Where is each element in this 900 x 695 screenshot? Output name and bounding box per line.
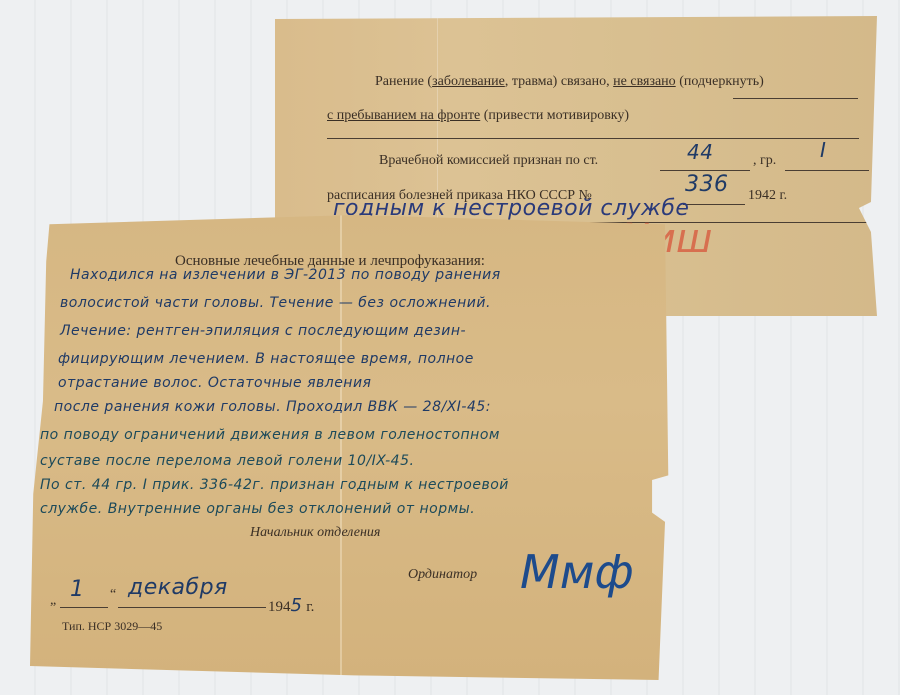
underlined-front-stay: с пребыванием на фронте	[327, 108, 480, 123]
blank-line	[327, 138, 859, 139]
print-code: Тип. НСР 3029—45	[62, 619, 162, 634]
handwritten-line: по поводу ограничений движения в левом г…	[40, 427, 500, 443]
handwritten-line: отрастание волос. Остаточные явления	[58, 375, 371, 391]
group-blank	[785, 170, 869, 171]
article-blank	[660, 170, 750, 171]
head-of-department-label: Начальник отделения	[250, 525, 380, 541]
date-month: декабря	[128, 575, 228, 600]
article-value: 44	[687, 140, 713, 164]
order-year: 1942 г.	[748, 188, 787, 204]
ordinator-signature: Ммф	[520, 545, 634, 599]
handwritten-line: службе. Внутренние органы без отклонений…	[40, 501, 475, 517]
underlined-not-related: не связано	[613, 74, 676, 89]
front-sheet: Основные лечебные данные и лечпрофуказан…	[30, 215, 678, 680]
handwritten-line: Находился на излечении в ЭГ-2013 по пово…	[70, 267, 501, 283]
month-blank	[118, 607, 266, 608]
blank-line	[733, 98, 858, 99]
handwritten-line: фицирующим лечением. В настоящее время, …	[58, 351, 474, 367]
commission-label: Врачебной комиссией признан по ст.	[379, 153, 598, 169]
handwritten-line: Лечение: рентген-эпиляция с последующим …	[60, 323, 466, 339]
front-stay-line: с пребыванием на фронте (привести мотиви…	[327, 108, 629, 124]
order-blank	[683, 204, 745, 205]
group-label: , гр.	[753, 153, 776, 169]
handwritten-line: По ст. 44 гр. I прик. 336-42г. признан г…	[40, 477, 509, 493]
date-quote: “	[110, 587, 116, 603]
fold-crease	[340, 215, 342, 680]
handwritten-line: волосистой части головы. Течение — без о…	[60, 295, 491, 311]
underlined-disease: заболевание	[432, 74, 505, 89]
ordinator-label: Ординатор	[408, 567, 477, 583]
injury-relation-line: Ранение (заболевание, травма) связано, н…	[375, 74, 764, 90]
day-blank	[60, 607, 108, 608]
order-number: 336	[685, 172, 729, 197]
handwritten-line: суставе после перелома левой голени 10/I…	[40, 453, 414, 469]
handwritten-line: после ранения кожи головы. Проходил ВВК …	[54, 399, 491, 415]
group-value: I	[820, 138, 826, 162]
date-year: 1945 г.	[268, 595, 314, 616]
date-day: 1	[70, 577, 85, 602]
date-line: „	[50, 593, 56, 609]
